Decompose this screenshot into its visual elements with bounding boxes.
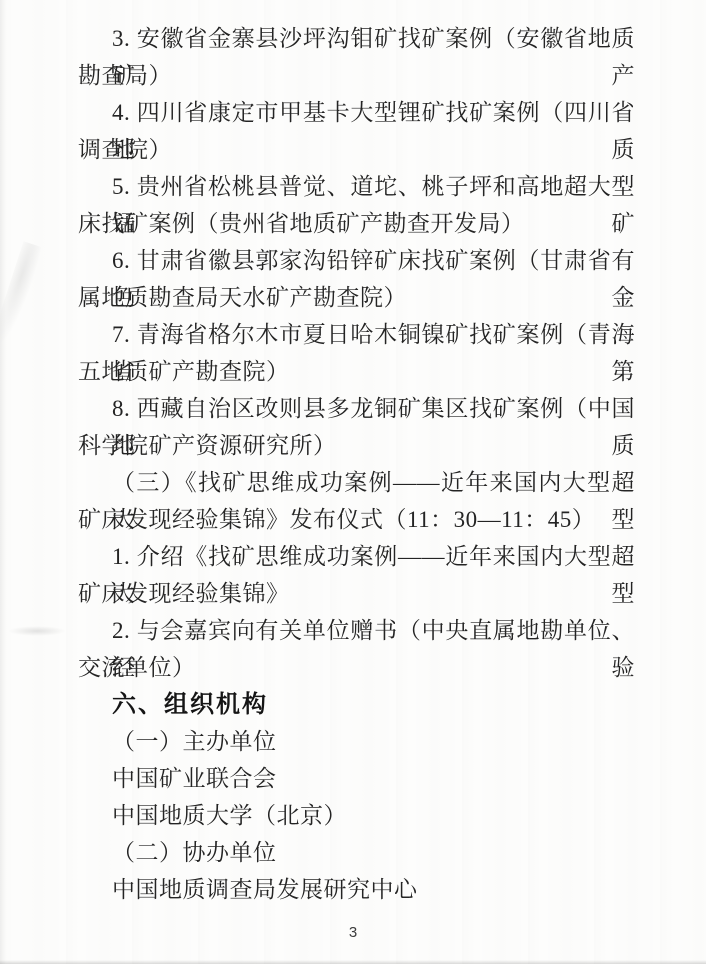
organizer-line: 中国矿业联合会 [78,760,635,797]
agenda-item-line: （三）《找矿思维成功案例——近年来国内大型超大型 [78,464,635,501]
scan-left-edge-shadow [0,0,6,964]
case-item-line: 5. 贵州省松桃县普觉、道坨、桃子坪和高地超大型锰矿 [78,168,635,205]
case-item-line: 6. 甘肃省徽县郭家沟铅锌矿床找矿案例（甘肃省有色金 [78,242,635,279]
scan-bottom-edge-shadow [0,960,706,964]
case-item-line: 3. 安徽省金寨县沙坪沟钼矿找矿案例（安徽省地质矿产 [78,20,635,57]
case-item-line: 8. 西藏自治区改则县多龙铜矿集区找矿案例（中国地质 [78,390,635,427]
organizer-line: 中国地质大学（北京） [78,797,635,834]
scan-smudge [8,626,66,636]
agenda-item-line: 1. 介绍《找矿思维成功案例——近年来国内大型超大型 [78,538,635,575]
document-text-block: 3. 安徽省金寨县沙坪沟钼矿找矿案例（安徽省地质矿产 勘查局） 4. 四川省康定… [78,20,635,908]
page-number: 3 [0,924,706,941]
agenda-item-line: 矿床发现经验集锦》发布仪式（11：30—11：45） [78,501,635,538]
scan-smudge [0,241,44,352]
case-item-line: 4. 四川省康定市甲基卡大型锂矿找矿案例（四川省地质 [78,94,635,131]
case-item-line: 7. 青海省格尔木市夏日哈木铜镍矿找矿案例（青海省第 [78,316,635,353]
section-heading: 六、组织机构 [78,686,635,723]
subsection-label: （二）协办单位 [78,834,635,871]
organizer-line: 中国地质调查局发展研究中心 [78,871,635,908]
subsection-label: （一）主办单位 [78,723,635,760]
agenda-item-line: 2. 与会嘉宾向有关单位赠书（中央直属地勘单位、经验 [78,612,635,649]
scanned-document-page: 3. 安徽省金寨县沙坪沟钼矿找矿案例（安徽省地质矿产 勘查局） 4. 四川省康定… [0,0,706,964]
